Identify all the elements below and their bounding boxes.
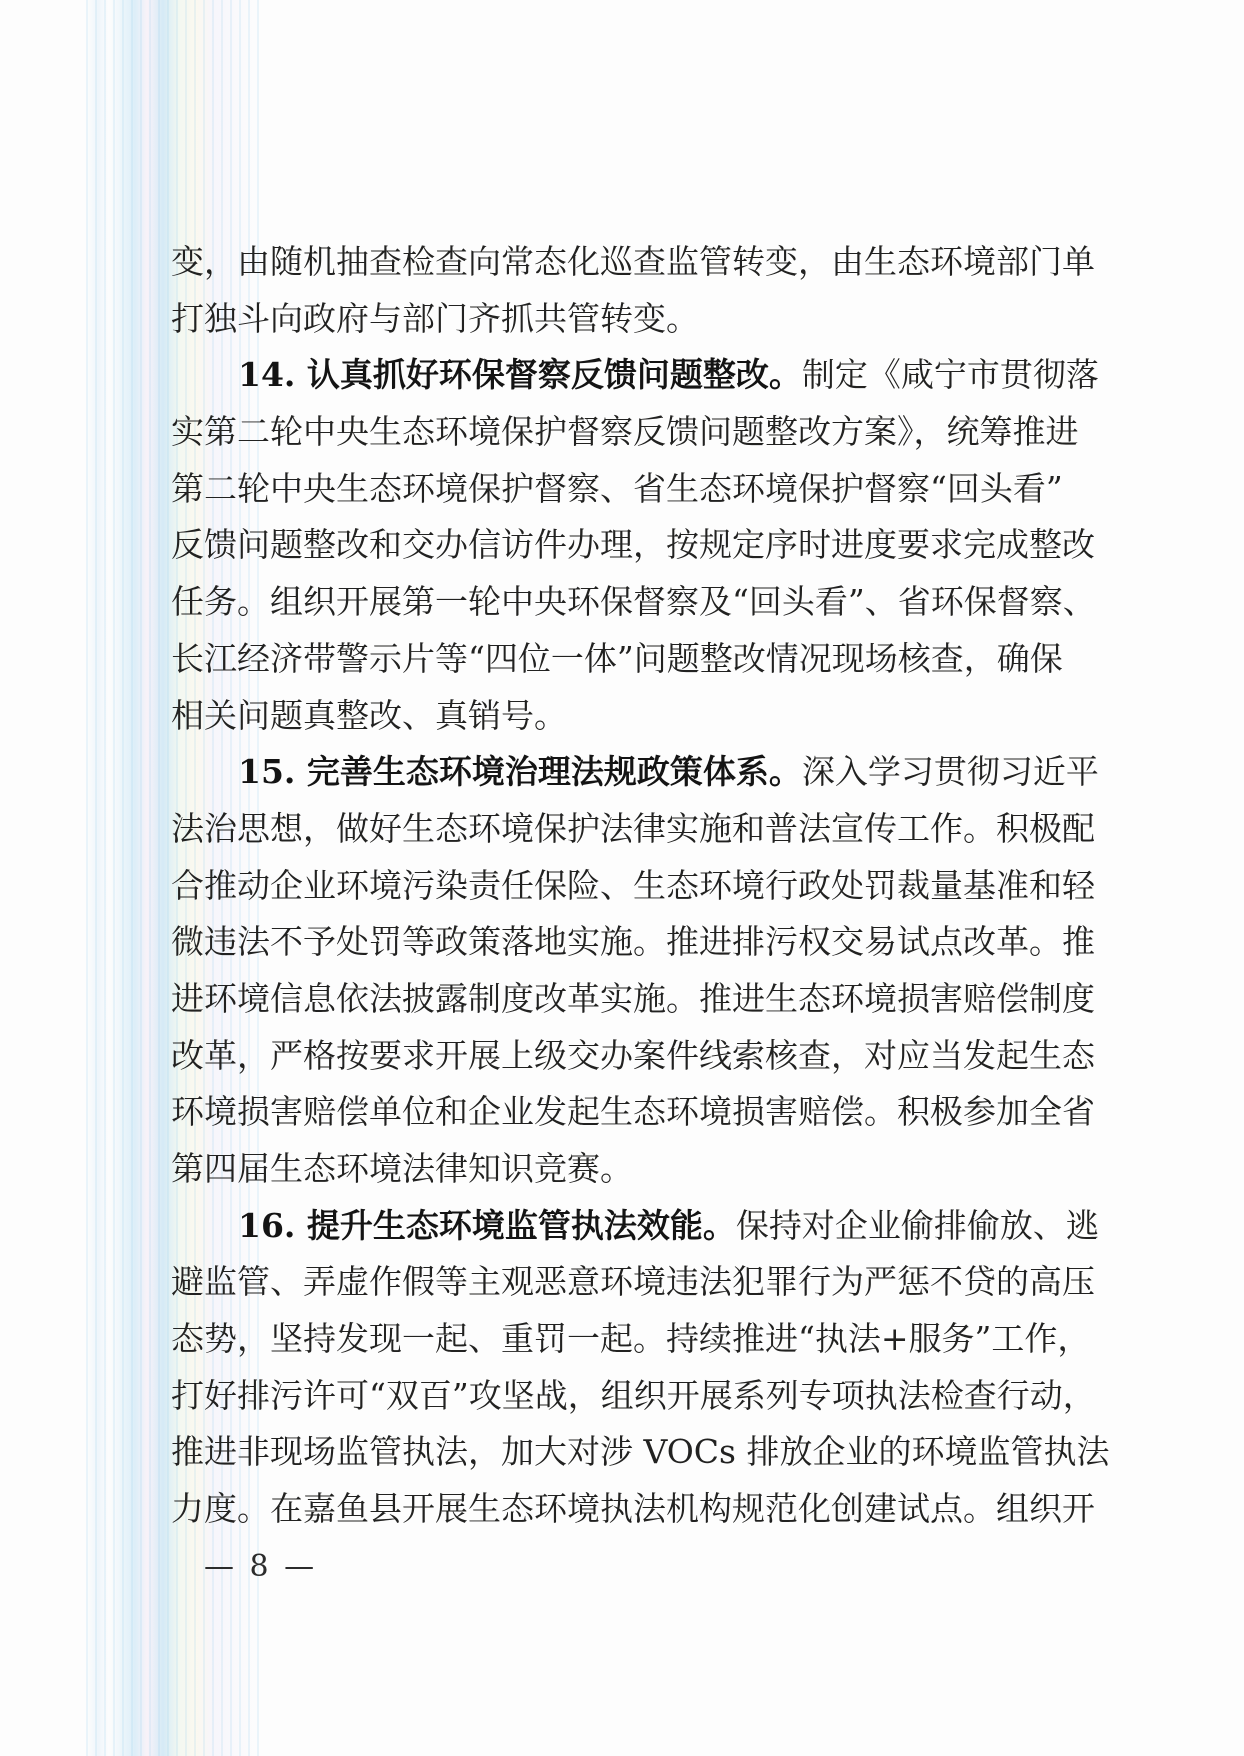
text-line: 合推动企业环境污染责任保险、生态环境行政处罚裁量基准和轻 bbox=[171, 858, 1131, 915]
text-line: 变，由随机抽查检查向常态化巡查监管转变，由生态环境部门单 bbox=[171, 234, 1131, 291]
text-line: 打独斗向政府与部门齐抓共管转变。 bbox=[171, 291, 1131, 348]
text-segment: 打好排污许可“双百”攻坚战，组织开展系列专项执法检查行动， bbox=[171, 1376, 1096, 1415]
text-segment: 第二轮中央生态环境保护督察、省生态环境保护督察“回头看” bbox=[171, 469, 1063, 508]
text-line: 进环境信息依法披露制度改革实施。推进生态环境损害赔偿制度 bbox=[171, 971, 1131, 1028]
text-segment: 环境损害赔偿单位和企业发起生态环境损害赔偿。积极参加全省 bbox=[171, 1092, 1095, 1131]
text-line: 第二轮中央生态环境保护督察、省生态环境保护督察“回头看” bbox=[171, 461, 1131, 518]
text-segment: 避监管、弄虚作假等主观恶意环境违法犯罪行为严惩不贷的高压 bbox=[171, 1262, 1095, 1301]
text-line: 15. 完善生态环境治理法规政策体系。深入学习贯彻习近平 bbox=[171, 744, 1131, 801]
paragraph-heading: 16. 提升生态环境监管执法效能。 bbox=[238, 1206, 736, 1245]
text-line: 避监管、弄虚作假等主观恶意环境违法犯罪行为严惩不贷的高压 bbox=[171, 1254, 1131, 1311]
text-line: 14. 认真抓好环保督察反馈问题整改。制定《咸宁市贯彻落 bbox=[171, 347, 1131, 404]
text-segment: 变，由随机抽查检查向常态化巡查监管转变，由生态环境部门单 bbox=[171, 242, 1095, 281]
text-segment: 合推动企业环境污染责任保险、生态环境行政处罚裁量基准和轻 bbox=[171, 866, 1095, 905]
document-text: 变，由随机抽查检查向常态化巡查监管转变，由生态环境部门单打独斗向政府与部门齐抓共… bbox=[171, 234, 1131, 1538]
text-line: 法治思想，做好生态环境保护法律实施和普法宣传工作。积极配 bbox=[171, 801, 1131, 858]
text-line: 实第二轮中央生态环境保护督察反馈问题整改方案》，统筹推进 bbox=[171, 404, 1131, 461]
text-line: 环境损害赔偿单位和企业发起生态环境损害赔偿。积极参加全省 bbox=[171, 1084, 1131, 1141]
text-line: 推进非现场监管执法，加大对涉 VOCs 排放企业的环境监管执法 bbox=[171, 1424, 1131, 1481]
text-segment: 微违法不予处罚等政策落地实施。推进排污权交易试点改革。推 bbox=[171, 922, 1095, 961]
document-page: 变，由随机抽查检查向常态化巡查监管转变，由生态环境部门单打独斗向政府与部门齐抓共… bbox=[0, 0, 1244, 1756]
text-segment: 推进非现场监管执法，加大对涉 VOCs 排放企业的环境监管执法 bbox=[171, 1432, 1109, 1471]
text-line: 打好排污许可“双百”攻坚战，组织开展系列专项执法检查行动， bbox=[171, 1368, 1131, 1425]
text-line: 力度。在嘉鱼县开展生态环境执法机构规范化创建试点。组织开 bbox=[171, 1481, 1131, 1538]
text-line: 态势，坚持发现一起、重罚一起。持续推进“执法+服务”工作， bbox=[171, 1311, 1131, 1368]
text-segment: 法治思想，做好生态环境保护法律实施和普法宣传工作。积极配 bbox=[171, 809, 1095, 848]
text-line: 长江经济带警示片等“四位一体”问题整改情况现场核查，确保 bbox=[171, 631, 1131, 688]
paragraph-heading: 14. 认真抓好环保督察反馈问题整改。 bbox=[238, 355, 802, 394]
text-segment: 力度。在嘉鱼县开展生态环境执法机构规范化创建试点。组织开 bbox=[171, 1489, 1095, 1528]
text-segment: 改革，严格按要求开展上级交办案件线索核查，对应当发起生态 bbox=[171, 1036, 1095, 1075]
text-segment: 进环境信息依法披露制度改革实施。推进生态环境损害赔偿制度 bbox=[171, 979, 1095, 1018]
text-segment: 第四届生态环境法律知识竞赛。 bbox=[171, 1149, 633, 1188]
text-line: 改革，严格按要求开展上级交办案件线索核查，对应当发起生态 bbox=[171, 1028, 1131, 1085]
text-segment: 态势，坚持发现一起、重罚一起。持续推进“执法+服务”工作， bbox=[171, 1319, 1090, 1358]
text-segment: 制定《咸宁市贯彻落 bbox=[802, 355, 1099, 394]
text-segment: 相关问题真整改、真销号。 bbox=[171, 696, 567, 735]
text-line: 反馈问题整改和交办信访件办理，按规定序时进度要求完成整改 bbox=[171, 517, 1131, 574]
text-segment: 反馈问题整改和交办信访件办理，按规定序时进度要求完成整改 bbox=[171, 525, 1095, 564]
text-segment: 长江经济带警示片等“四位一体”问题整改情况现场核查，确保 bbox=[171, 639, 1063, 678]
text-line: 16. 提升生态环境监管执法效能。保持对企业偷排偷放、逃 bbox=[171, 1198, 1131, 1255]
text-segment: 深入学习贯彻习近平 bbox=[802, 752, 1099, 791]
text-segment: 实第二轮中央生态环境保护督察反馈问题整改方案》，统筹推进 bbox=[171, 412, 1079, 451]
text-line: 任务。组织开展第一轮中央环保督察及“回头看”、省环保督察、 bbox=[171, 574, 1131, 631]
paragraph-heading: 15. 完善生态环境治理法规政策体系。 bbox=[238, 752, 802, 791]
page-number: — 8 — bbox=[204, 1549, 317, 1584]
text-segment: 打独斗向政府与部门齐抓共管转变。 bbox=[171, 299, 699, 338]
text-line: 第四届生态环境法律知识竞赛。 bbox=[171, 1141, 1131, 1198]
text-line: 相关问题真整改、真销号。 bbox=[171, 688, 1131, 745]
text-line: 微违法不予处罚等政策落地实施。推进排污权交易试点改革。推 bbox=[171, 914, 1131, 971]
text-segment: 保持对企业偷排偷放、逃 bbox=[736, 1206, 1099, 1245]
text-segment: 任务。组织开展第一轮中央环保督察及“回头看”、省环保督察、 bbox=[171, 582, 1096, 621]
